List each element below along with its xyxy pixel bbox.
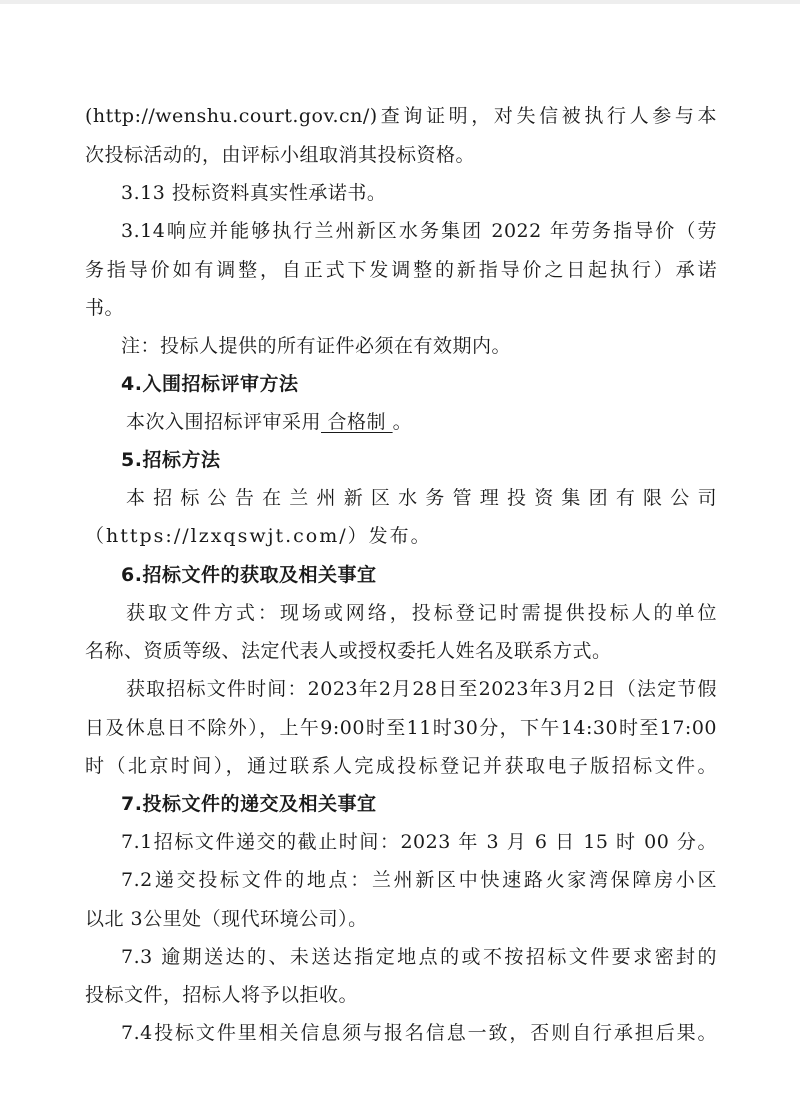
section-7-item-4: 7.4投标文件里相关信息须与报名信息一致，否则自行承担后果。 (121, 1021, 717, 1045)
section-7-item-3-line-1: 7.3 逾期送达的、未送达指定地点的或不按招标文件要求密封的 (121, 945, 717, 969)
list-item-3-13: 3.13 投标资料真实性承诺书。 (121, 181, 753, 205)
section-6-p1-line-1: 获取文件方式：现场或网络，投标登记时需提供投标人的单位 (126, 601, 717, 625)
section-4-body: 本次入围招标评审采用 合格制 。 (126, 410, 758, 434)
evaluation-method-value: 合格制 (321, 411, 393, 433)
section-7-item-2-line-2: 以北 3公里处（现代环境公司）。 (85, 907, 717, 931)
section-6-p2-line-3: 时（北京时间），通过联系人完成投标登记并获取电子版招标文件。 (85, 754, 717, 778)
paragraph-line: 务指导价如有调整，自正式下发调整的新指导价之日起执行）承诺 (85, 258, 717, 282)
document-page: (http://wenshu.court.gov.cn/)查询证明，对失信被执行… (0, 0, 800, 1112)
section-heading-7: 7.投标文件的递交及相关事宜 (121, 792, 753, 816)
section-heading-4: 4.入围招标评审方法 (121, 372, 753, 396)
section-6-p1-line-2: 名称、资质等级、法定代表人或授权委托人姓名及联系方式。 (85, 639, 717, 663)
section-heading-5: 5.招标方法 (121, 448, 753, 472)
section-7-item-2-line-1: 7.2递交投标文件的地点：兰州新区中快速路火家湾保障房小区 (121, 868, 717, 892)
list-item-3-14: 3.14响应并能够执行兰州新区水务集团 2022 年劳务指导价（劳 (121, 219, 717, 243)
paragraph-line: 次投标活动的，由评标小组取消其投标资格。 (85, 143, 717, 167)
section-7-item-1: 7.1招标文件递交的截止时间：2023 年 3 月 6 日 15 时 00 分。 (121, 830, 717, 854)
section-5-line-2: （https://lzxqswjt.com/）发布。 (85, 524, 717, 548)
section-7-item-3-line-2: 投标文件，招标人将予以拒收。 (85, 983, 717, 1007)
section-6-p2-line-1: 获取招标文件时间：2023年2月28日至2023年3月2日（法定节假 (126, 677, 717, 701)
note-line: 注：投标人提供的所有证件必须在有效期内。 (121, 334, 753, 358)
section-6-p2-line-2: 日及休息日不除外），上午9:00时至11时30分，下午14:30时至17:00 (85, 716, 717, 740)
section-4-body-prefix: 本次入围招标评审采用 (126, 411, 321, 433)
section-4-body-suffix: 。 (393, 411, 413, 433)
section-heading-6: 6.招标文件的获取及相关事宜 (121, 563, 753, 587)
paragraph-line: 书。 (85, 296, 717, 320)
section-5-line-1: 本招标公告在兰州新区水务管理投资集团有限公司 (126, 486, 717, 510)
paragraph-line: (http://wenshu.court.gov.cn/)查询证明，对失信被执行… (85, 104, 717, 128)
